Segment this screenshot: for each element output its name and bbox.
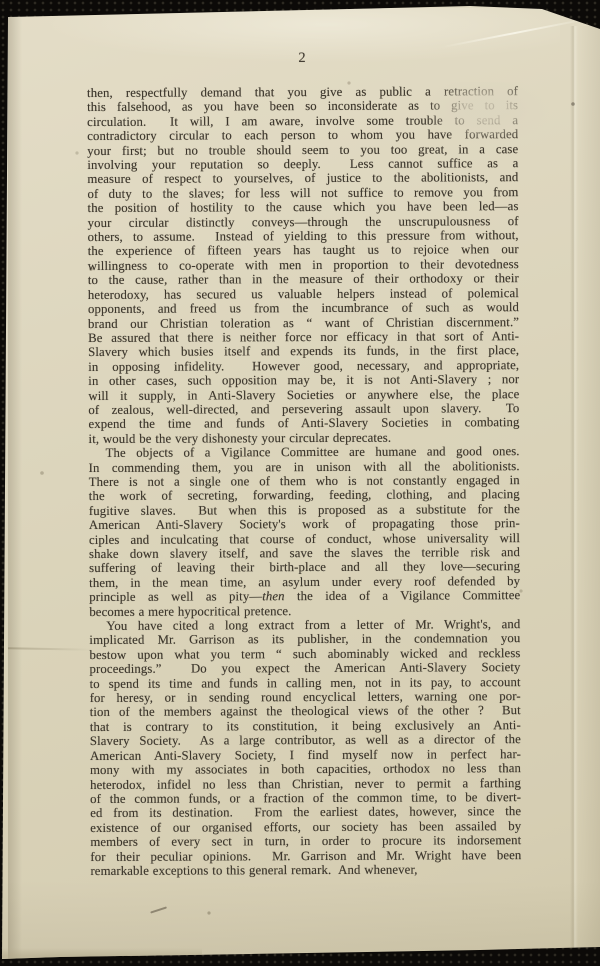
paper: 2 then, respectfully demand that you giv…: [0, 0, 600, 966]
text-line: mony with my associates in both capaciti…: [90, 761, 521, 777]
text-line: opponents, and freed us from the incumbr…: [88, 300, 519, 316]
paper-vignette: [0, 880, 600, 958]
text-line: suffering of leaving their birth-place a…: [89, 560, 520, 576]
text-line: the work of secreting, forwarding, feedi…: [89, 487, 520, 503]
paper-margin-shade: [578, 26, 600, 951]
text-line: the position of hostility to the cause w…: [88, 199, 519, 215]
text-line: contradictory circular to each person to…: [87, 127, 518, 143]
pencil-mark: [150, 906, 167, 913]
text-line: to the cause, rather than in the measure…: [88, 271, 519, 287]
text-line: remarkable exceptions to this general re…: [90, 862, 521, 878]
paper-fold-line: [570, 26, 578, 948]
paper-edge-shadow: [8, 14, 22, 959]
page-number: 2: [87, 50, 518, 67]
text-line: in other cases, such opposition may be, …: [88, 372, 519, 388]
document-body: then, respectfully demand that you give …: [87, 84, 521, 878]
text-line: The objects of a Vigilance Committee are…: [89, 444, 520, 460]
paper-specks: [0, 0, 2, 2]
text-line: Slavery which busies itself and expends …: [88, 343, 519, 359]
text-line: American Anti-Slavery Society's work of …: [89, 516, 520, 532]
text-line: proceedings.” Do you expect the American…: [90, 660, 521, 676]
scanned-page: 2 then, respectfully demand that you giv…: [0, 0, 600, 966]
text-line: ed from its destination. From the earlie…: [90, 804, 521, 820]
paper-crease: [8, 647, 93, 650]
paper-bottom-edge: [2, 948, 202, 959]
text-line: Slavery Society. As a large contributor,…: [90, 732, 521, 748]
text-line: members of every sect in turn, in order …: [90, 833, 521, 849]
text-line: for their peculiar opinions. Mr. Garriso…: [90, 848, 521, 864]
text-line: principle as well as pity—then the idea …: [89, 588, 520, 604]
text-line: expend the time and funds of Anti-Slaver…: [88, 415, 519, 431]
text-line: this falsehood, as you have been so inco…: [87, 99, 518, 115]
paper-corner-crease: [441, 18, 589, 49]
